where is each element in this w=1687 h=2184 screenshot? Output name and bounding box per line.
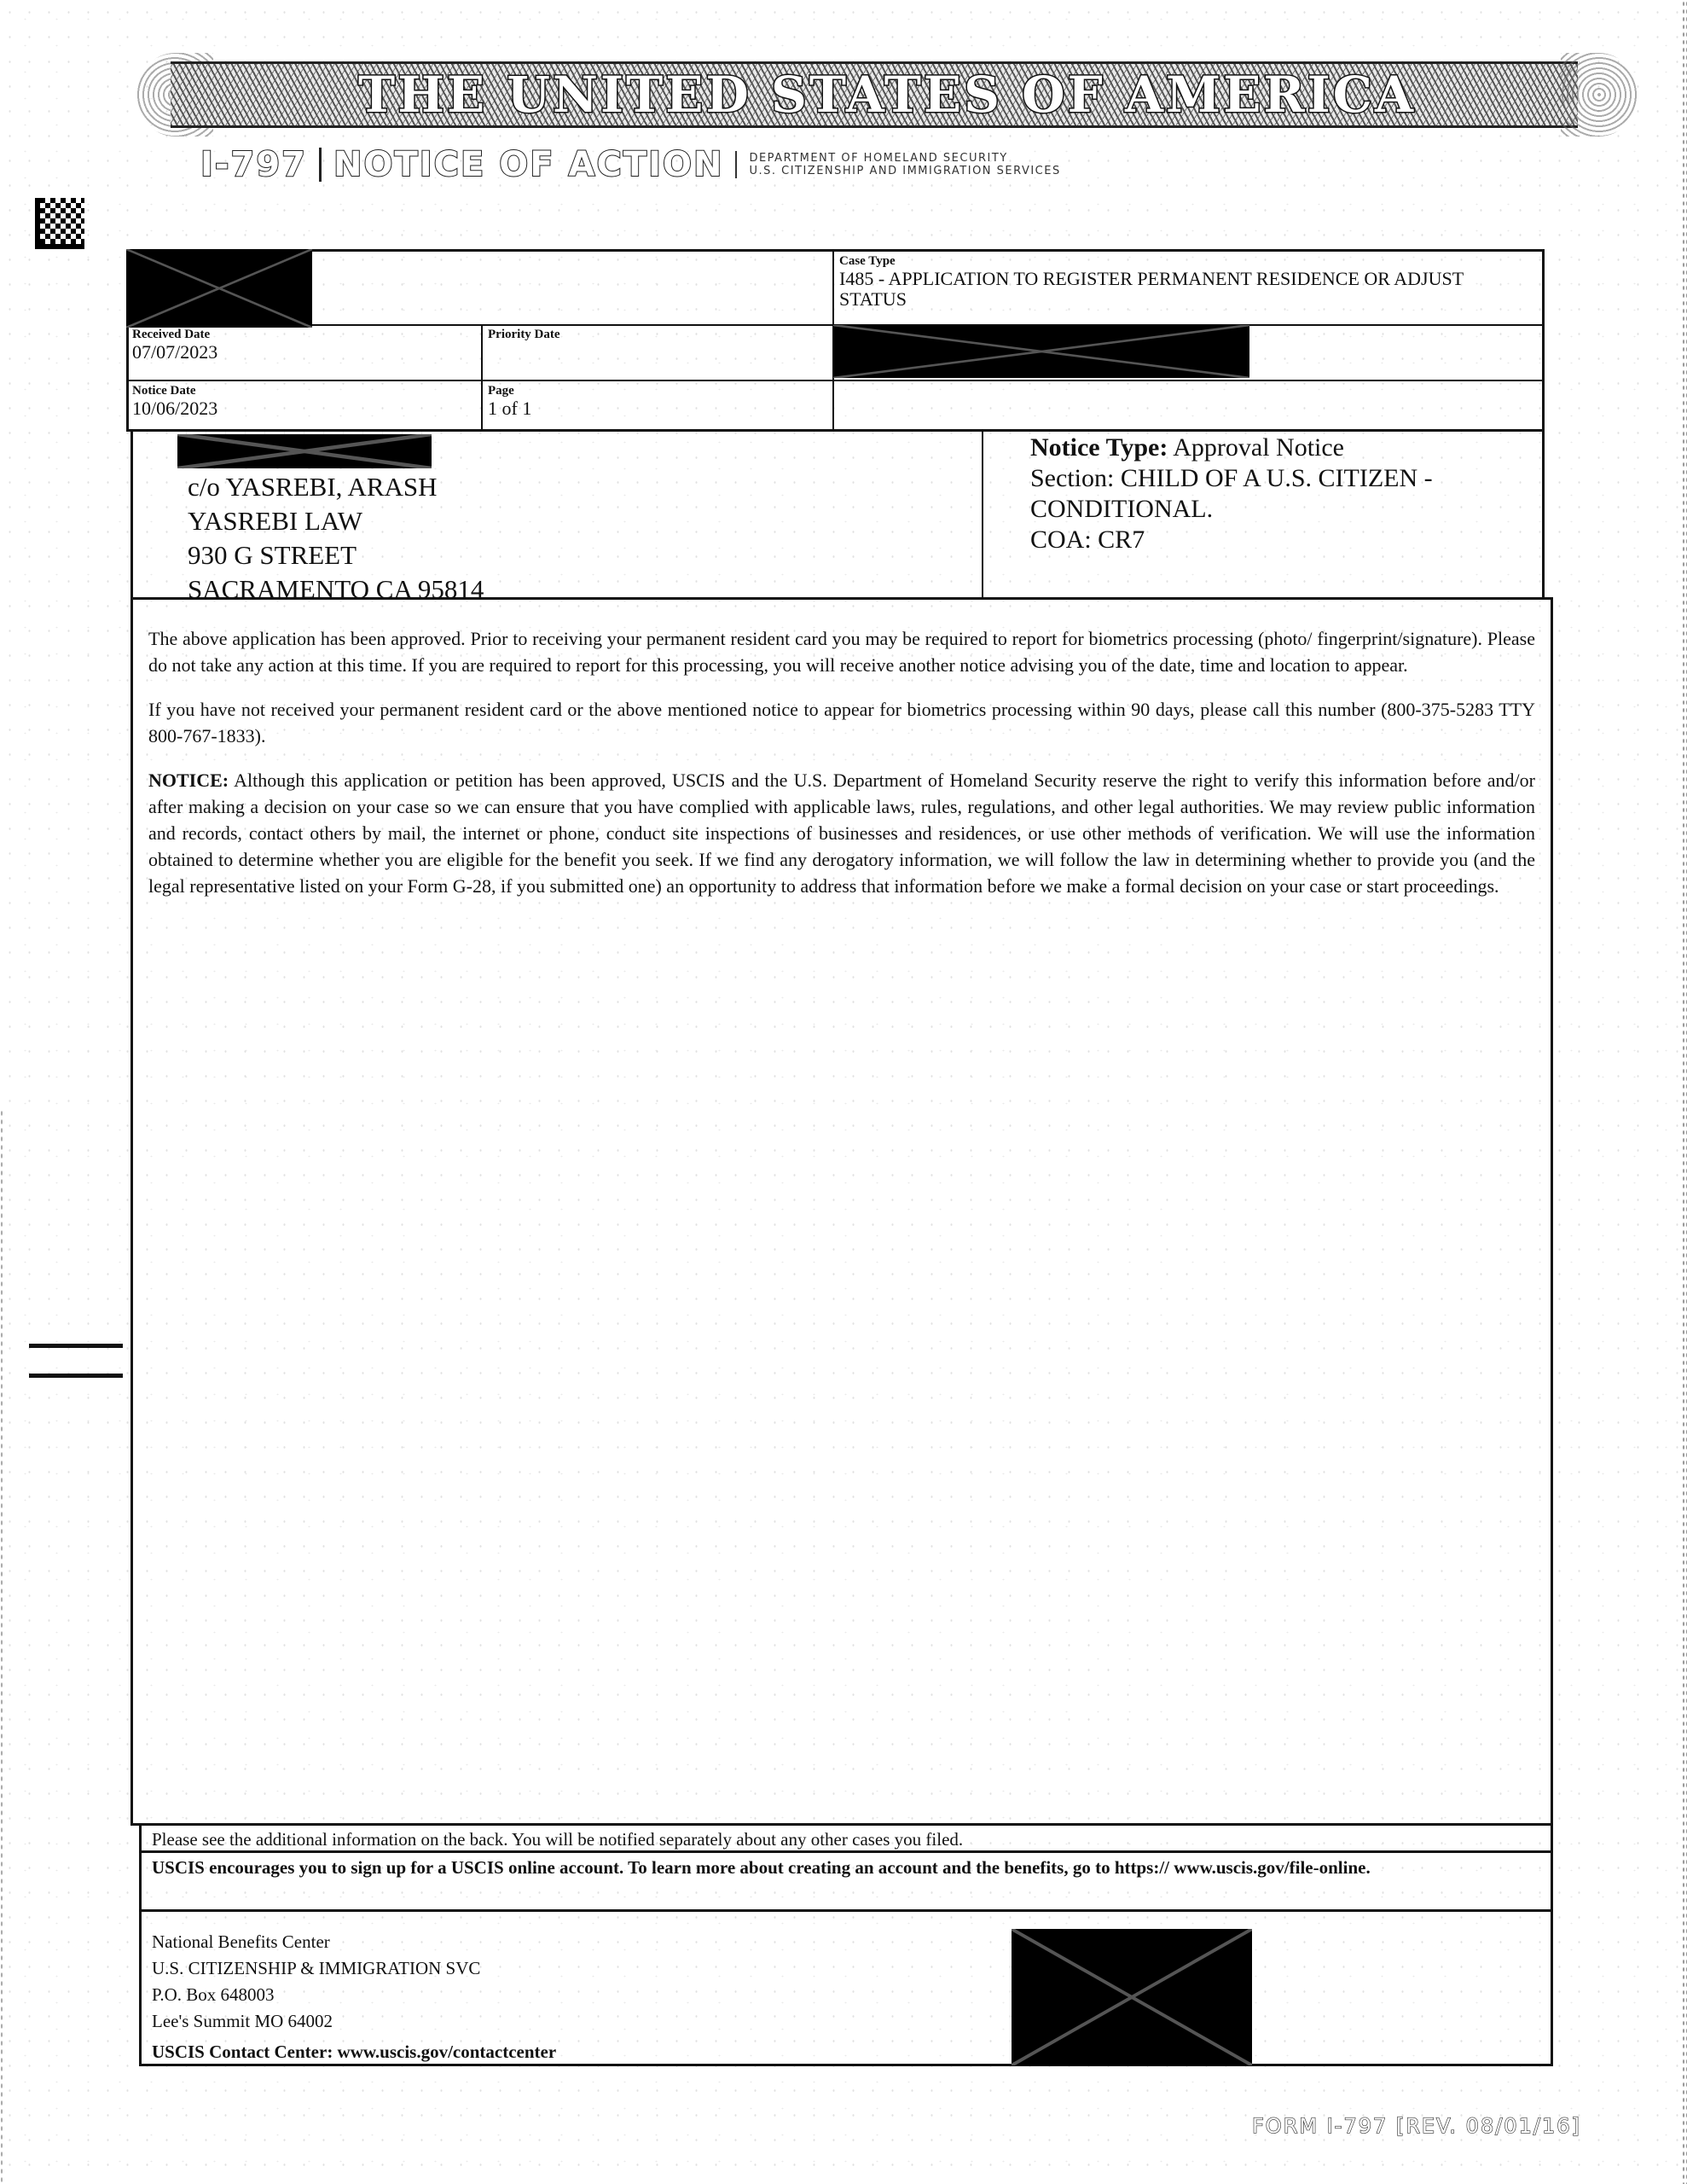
case-type-cell: Case Type I485 - APPLICATION TO REGISTER…	[839, 254, 1522, 310]
scan-edge-left	[0, 1109, 4, 2184]
case-type-label: Case Type	[839, 254, 1522, 269]
footer-online-account: USCIS encourages you to sign up for a US…	[139, 1850, 1553, 1912]
form-revision: FORM I-797 [REV. 08/01/16]	[1252, 2114, 1581, 2138]
notice-body: The above application has been approved.…	[130, 597, 1553, 1826]
divider	[735, 151, 737, 178]
banner: THE UNITED STATES OF AMERICA	[136, 53, 1638, 136]
notice-label: NOTICE:	[148, 770, 229, 791]
notice-type-label: Notice Type:	[1030, 433, 1168, 462]
datamatrix-barcode-icon	[35, 198, 84, 249]
body-text: The above application has been approved.…	[148, 625, 1535, 917]
redacted-block	[833, 325, 1249, 378]
fold-mark	[29, 1374, 123, 1378]
recipient-notice-block: c/o YASREBI, ARASH YASREBI LAW 930 G STR…	[130, 429, 1545, 600]
additional-info-text: Please see the additional information on…	[152, 1827, 963, 1851]
office-line: Lee's Summit MO 64002	[152, 2008, 480, 2035]
body-paragraph: The above application has been approved.…	[148, 625, 1535, 678]
scan-edge-right	[1682, 0, 1687, 2184]
received-date-value: 07/07/2023	[132, 342, 473, 363]
fold-mark	[29, 1344, 123, 1348]
priority-date-label: Priority Date	[488, 328, 829, 342]
form-number: I-797	[200, 145, 307, 184]
redacted-block	[177, 434, 432, 468]
notice-text: Although this application or petition ha…	[148, 770, 1535, 897]
recipient-address: c/o YASREBI, ARASH YASREBI LAW 930 G STR…	[188, 470, 484, 607]
office-line: National Benefits Center	[152, 1929, 480, 1955]
contact-center: USCIS Contact Center: www.uscis.gov/cont…	[152, 2040, 556, 2064]
notice-date-value: 10/06/2023	[132, 398, 473, 419]
notice-type-value: Approval Notice	[1173, 433, 1344, 462]
redacted-block	[1012, 1929, 1252, 2065]
notice-date-cell: Notice Date 10/06/2023	[132, 384, 473, 419]
address-line: YASREBI LAW	[188, 504, 484, 538]
notice-section: Section: CHILD OF A U.S. CITIZEN - CONDI…	[1030, 463, 1508, 525]
notice-type-block: Notice Type: Approval Notice Section: CH…	[1030, 433, 1508, 555]
body-paragraph: If you have not received your permanent …	[148, 696, 1535, 749]
banner-title: THE UNITED STATES OF AMERICA	[136, 68, 1638, 121]
notice-date-label: Notice Date	[132, 384, 473, 398]
department: DEPARTMENT OF HOMELAND SECURITY U.S. CIT…	[749, 152, 1060, 177]
notice-coa: COA: CR7	[1030, 525, 1508, 555]
address-line: c/o YASREBI, ARASH	[188, 470, 484, 504]
footer-additional-info: Please see the additional information on…	[139, 1823, 1553, 1853]
case-info-table: Case Type I485 - APPLICATION TO REGISTER…	[126, 249, 1545, 432]
divider	[319, 148, 322, 182]
page-value: 1 of 1	[488, 398, 829, 419]
online-account-text: USCIS encourages you to sign up for a US…	[152, 1856, 1431, 1879]
page-label: Page	[488, 384, 829, 398]
office-line: P.O. Box 648003	[152, 1982, 480, 2008]
office-line: U.S. CITIZENSHIP & IMMIGRATION SVC	[152, 1955, 480, 1982]
notice-paragraph: NOTICE: Although this application or pet…	[148, 767, 1535, 899]
page-cell: Page 1 of 1	[488, 384, 829, 419]
address-line: 930 G STREET	[188, 538, 484, 572]
received-date-cell: Received Date 07/07/2023	[132, 328, 473, 363]
office-address: National Benefits Center U.S. CITIZENSHI…	[152, 1929, 480, 2035]
form-title: NOTICE OF ACTION	[333, 145, 723, 184]
footer-office: National Benefits Center U.S. CITIZENSHI…	[139, 1909, 1553, 2066]
form-header: I-797 NOTICE OF ACTION DEPARTMENT OF HOM…	[200, 143, 1061, 186]
redacted-block	[126, 249, 312, 328]
priority-date-cell: Priority Date	[488, 328, 829, 342]
case-type-value: I485 - APPLICATION TO REGISTER PERMANENT…	[839, 269, 1522, 310]
received-date-label: Received Date	[132, 328, 473, 342]
